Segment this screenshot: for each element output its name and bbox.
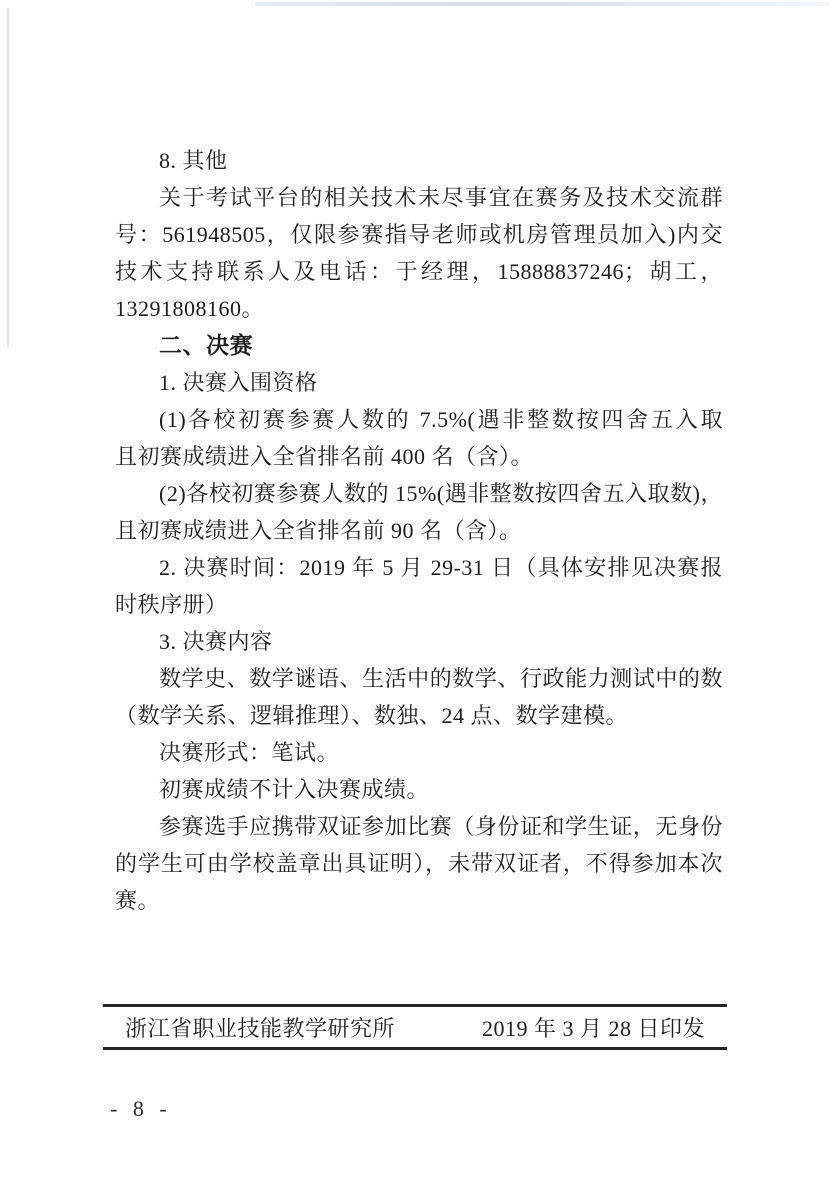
scan-artifact-left [7,8,9,348]
document-page: 8. 其他 关于考试平台的相关技术未尽事宜在赛务及技术交流群(群 号：56194… [0,0,840,1188]
qualification-rule-1-line-1: (1)各校初赛参赛人数的 7.5%(遇非整数按四舍五入取数)， [115,401,723,438]
prelim-score-note-line: 初赛成绩不计入决赛成绩。 [115,771,723,808]
colophon-rule-bottom [103,1047,727,1050]
para-technical-contact-line-4: 13291808160。 [115,290,723,327]
item-1-qualification-heading: 1. 决赛入围资格 [115,364,723,401]
item-2-finals-time-line-1: 2. 决赛时间：2019 年 5 月 29-31 日（具体安排见决赛报到 [115,549,723,586]
qualification-rule-1-line-2: 且初赛成绩进入全省排名前 400 名（含）。 [115,438,723,475]
item-2-finals-time-line-2: 时秩序册） [115,586,723,623]
section-8-other-heading: 8. 其他 [115,142,723,179]
finals-content-line-2: （数学关系、逻辑推理）、数独、24 点、数学建模。 [115,697,723,734]
print-date: 2019 年 3 月 28 日印发 [482,1012,705,1043]
double-id-requirement-line-3: 赛。 [115,882,723,919]
scan-artifact-top [255,2,830,6]
colophon: 浙江省职业技能教学研究所 2019 年 3 月 28 日印发 [103,1004,727,1050]
para-technical-contact-line-1: 关于考试平台的相关技术未尽事宜在赛务及技术交流群(群 [115,179,723,216]
issuing-office: 浙江省职业技能教学研究所 [125,1012,395,1043]
finals-format-line: 决赛形式：笔试。 [115,734,723,771]
double-id-requirement-line-1: 参赛选手应携带双证参加比赛（身份证和学生证，无身份证 [115,808,723,845]
page-number: - 8 - [110,1096,169,1122]
finals-content-line-1: 数学史、数学谜语、生活中的数学、行政能力测试中的数学 [115,660,723,697]
para-technical-contact-line-3: 技术支持联系人及电话：于经理，15888837246；胡工， [115,253,723,290]
section-2-finals-heading: 二、决赛 [115,327,723,364]
document-body: 8. 其他 关于考试平台的相关技术未尽事宜在赛务及技术交流群(群 号：56194… [115,142,723,919]
double-id-requirement-line-2: 的学生可由学校盖章出具证明），未带双证者，不得参加本次比 [115,845,723,882]
item-3-finals-content-heading: 3. 决赛内容 [115,623,723,660]
qualification-rule-2-line-2: 且初赛成绩进入全省排名前 90 名（含）。 [115,512,723,549]
para-technical-contact-line-2: 号：561948505，仅限参赛指导老师或机房管理员加入)内交流。 [115,216,723,253]
qualification-rule-2-line-1: (2)各校初赛参赛人数的 15%(遇非整数按四舍五入取数)， [115,475,723,512]
